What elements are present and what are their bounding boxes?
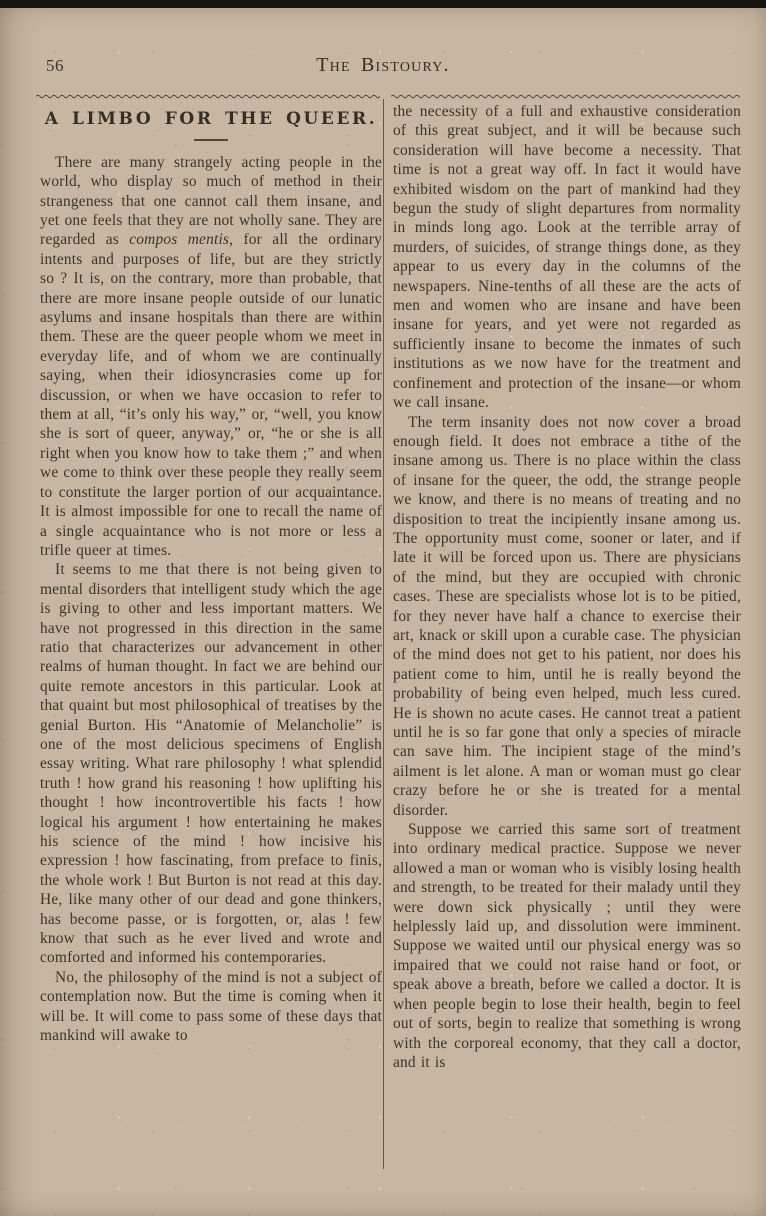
paragraph: The term insanity does not now cover a b… xyxy=(393,413,741,821)
scanned-page: 56 The Bistoury. A LIMBO FOR THE QUEER. … xyxy=(0,0,766,1216)
text-run: The term insanity does not now cover a b… xyxy=(393,414,741,819)
title-rule xyxy=(194,139,228,140)
wavy-rule-right xyxy=(391,93,740,100)
paragraph: It seems to me that there is not being g… xyxy=(40,560,382,968)
text-run: No, the philosophy of the mind is not a … xyxy=(40,969,382,1044)
left-column-text: There are many strangely acting people i… xyxy=(40,153,382,1046)
wavy-rule-left xyxy=(36,93,380,100)
column-divider-rule xyxy=(383,99,384,1169)
text-run: It seems to me that there is not being g… xyxy=(40,561,382,966)
paragraph: Suppose we carried this same sort of tre… xyxy=(393,820,741,1072)
paragraph: There are many strangely acting people i… xyxy=(40,153,382,561)
italic-text: compos mentis xyxy=(129,231,229,248)
right-column: the necessity of a full and exhaustive c… xyxy=(393,102,741,1072)
paragraph: No, the philosophy of the mind is not a … xyxy=(40,968,382,1046)
text-run: , for all the ordinary intents and purpo… xyxy=(40,231,382,559)
article-title: A LIMBO FOR THE QUEER. xyxy=(40,110,382,129)
text-run: Suppose we carried this same sort of tre… xyxy=(393,821,741,1071)
scan-edge xyxy=(0,0,766,8)
left-column: A LIMBO FOR THE QUEER. There are many st… xyxy=(40,104,382,1045)
right-column-text: the necessity of a full and exhaustive c… xyxy=(393,102,741,1072)
journal-title: The Bistoury. xyxy=(0,54,766,77)
text-run: the necessity of a full and exhaustive c… xyxy=(393,103,741,411)
paragraph: the necessity of a full and exhaustive c… xyxy=(393,102,741,413)
